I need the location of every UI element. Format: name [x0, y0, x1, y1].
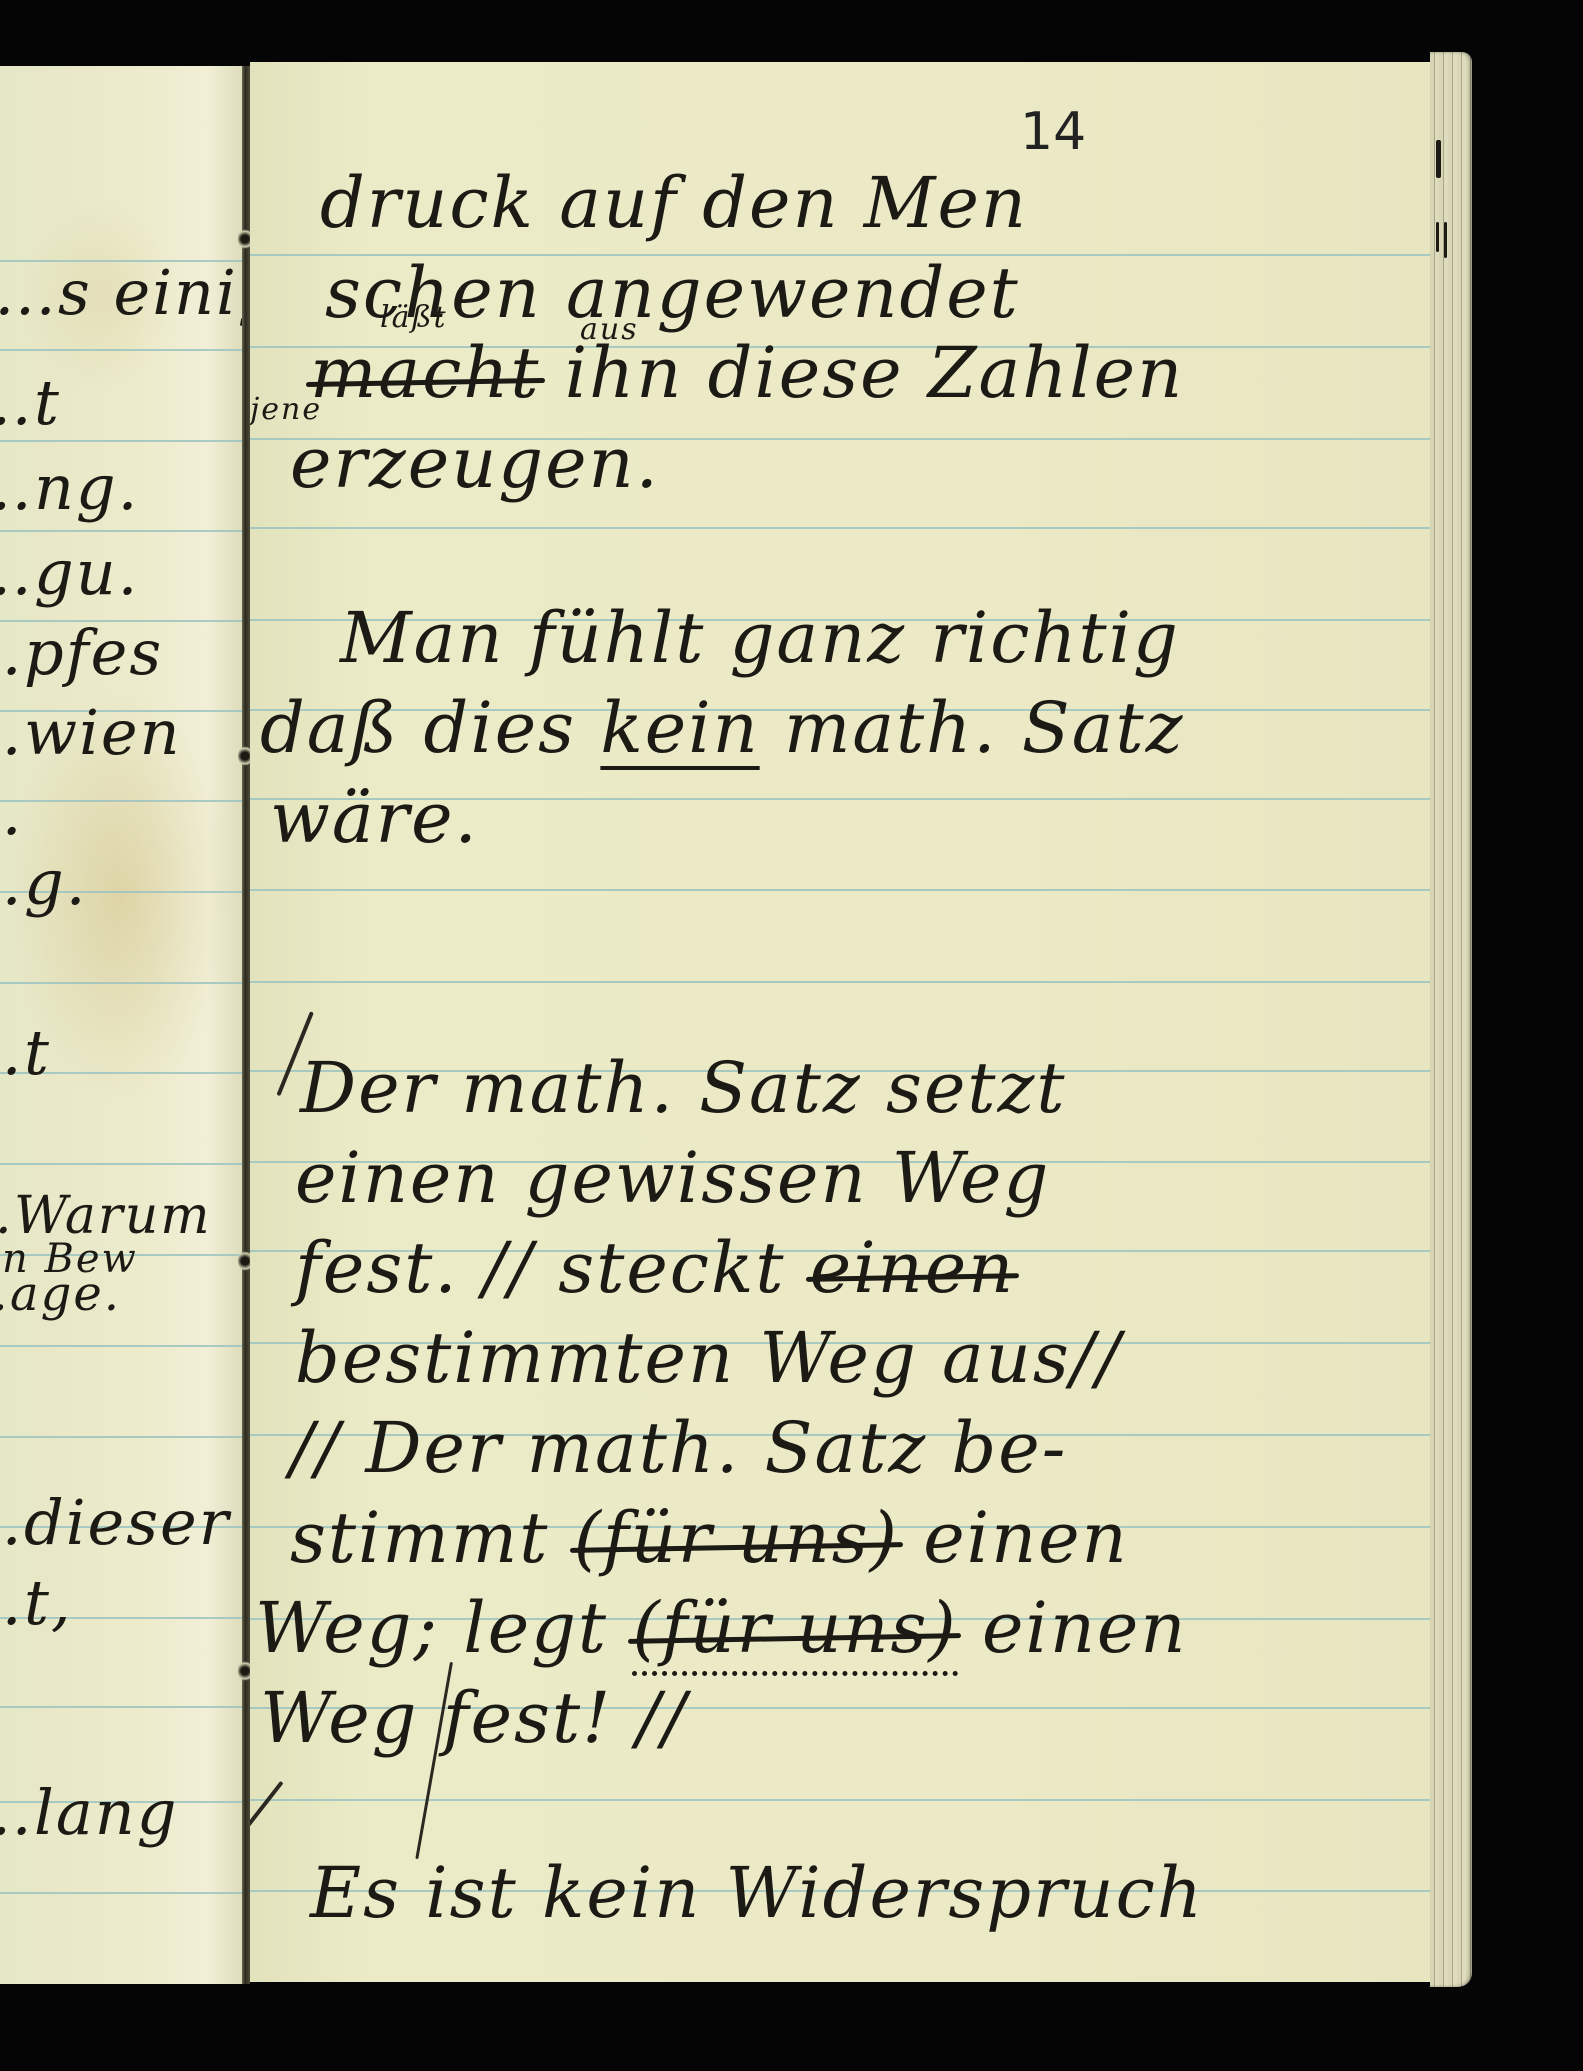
text-line-3: macht ihn diese Zahlen — [310, 332, 1184, 414]
text-line-13: stimmt (für uns) einen — [290, 1497, 1129, 1579]
rule-line — [0, 800, 244, 802]
text-line-6: daß dies kein math. Satz — [260, 687, 1184, 769]
text-line-5: Man fühlt ganz richtig — [340, 597, 1180, 679]
rule-line — [250, 889, 1432, 891]
text-line-1: druck auf den Men — [320, 162, 1028, 244]
left-fragment: …lang — [0, 1776, 178, 1849]
left-fragment: …t — [0, 366, 61, 439]
left-fragment: …t — [0, 1016, 51, 1089]
rule-line — [250, 981, 1432, 983]
text-line-16: Es ist kein Widerspruch — [310, 1852, 1204, 1934]
text-line-4: erzeugen. — [290, 422, 660, 504]
text-line-11: bestimmten Weg aus// — [295, 1317, 1122, 1399]
left-page: …s einige …t …ng. …gu. …pfes …wien … …g.… — [0, 66, 244, 1984]
text-line-15: Weg fest! // — [260, 1677, 688, 1759]
left-fragment: …ng. — [0, 451, 139, 524]
text-line-10: fest. // steckt einen — [295, 1227, 1015, 1309]
left-fragment: …t, — [0, 1566, 73, 1639]
text-line-9: einen gewissen Weg — [295, 1137, 1050, 1219]
text-line-14: Weg; legt (für uns) einen — [255, 1587, 1187, 1676]
left-fragment: …pfes — [0, 616, 163, 689]
rule-line — [0, 530, 244, 532]
right-page: 14 druck auf den Men schen angewendet lä… — [250, 62, 1432, 1982]
left-fragment: …age. — [0, 1266, 121, 1322]
edge-mark — [1436, 222, 1439, 252]
page-stack-edge — [1430, 52, 1472, 1987]
left-fragment: …s einige — [0, 256, 244, 329]
rule-line — [0, 1706, 244, 1708]
rule-line — [0, 1345, 244, 1347]
text-line-8: Der math. Satz setzt — [300, 1047, 1067, 1129]
paragraph-margin-mark — [250, 1781, 284, 1878]
rule-line — [0, 1892, 244, 1894]
rule-line — [250, 527, 1432, 529]
notebook-spread: …s einige …t …ng. …gu. …pfes …wien … …g.… — [0, 0, 1583, 2071]
page-number: 14 — [1020, 102, 1086, 162]
left-fragment: …wien — [0, 696, 182, 769]
text-line-7: wäre. — [270, 777, 479, 859]
struck-word: macht — [310, 332, 541, 414]
rule-line — [0, 349, 244, 351]
struck-word: einen — [810, 1227, 1015, 1309]
struck-phrase: (für uns) — [574, 1497, 899, 1579]
left-fragment: … — [0, 776, 24, 849]
edge-mark — [1444, 222, 1447, 258]
struck-phrase-dotted: (für uns) — [632, 1587, 957, 1676]
book-gutter — [242, 66, 250, 1984]
rule-line — [0, 1163, 244, 1165]
underlined-word: kein — [600, 687, 759, 769]
edge-mark — [1436, 140, 1441, 178]
left-fragment: …gu. — [0, 536, 139, 609]
left-fragment: …g. — [0, 846, 87, 919]
insertion-above: läßt — [380, 300, 448, 335]
rule-line — [0, 982, 244, 984]
text-line-12: // Der math. Satz be- — [290, 1407, 1067, 1489]
rule-line — [0, 1436, 244, 1438]
left-fragment: …dieser — [0, 1486, 230, 1559]
rule-line — [0, 440, 244, 442]
